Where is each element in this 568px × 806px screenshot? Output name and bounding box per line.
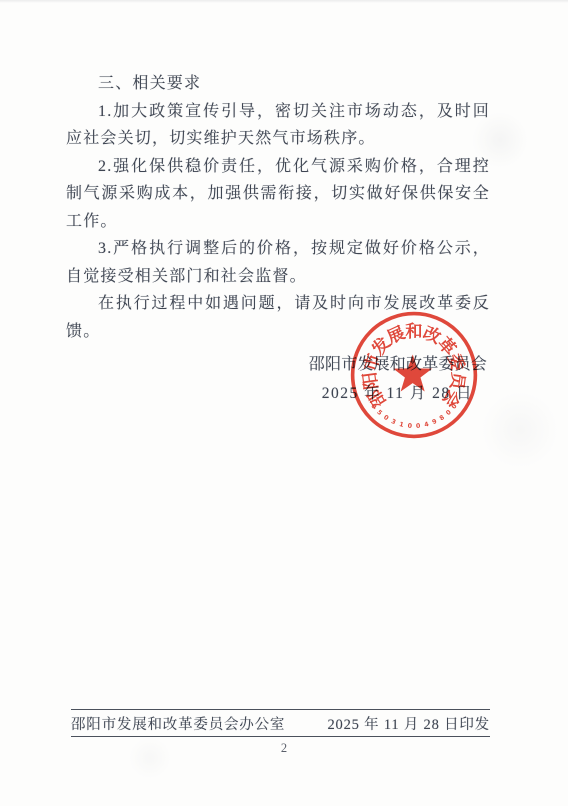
signature-date: 2025 年 11 月 28 日 xyxy=(322,381,473,403)
page-number: 2 xyxy=(0,741,568,756)
seal-serial-number: 050310049800 xyxy=(369,402,459,430)
footer-office: 邵阳市发展和改革委员会办公室 xyxy=(71,713,285,734)
svg-text:8: 8 xyxy=(438,414,445,422)
svg-text:0: 0 xyxy=(382,414,390,423)
svg-text:3: 3 xyxy=(390,418,397,426)
footer-bar: 邵阳市发展和改革委员会办公室 2025 年 11 月 28 日印发 xyxy=(71,709,490,737)
signature-organization: 邵阳市发展和改革委员会 xyxy=(309,351,487,374)
closing-line: 在执行过程中如遇问题，请及时向市发展改革委反馈。 xyxy=(66,290,490,345)
document-body: 三、相关要求 1.加大政策宣传引导，密切关注市场动态，及时回应社会关切，切实维护… xyxy=(66,70,490,345)
svg-text:0: 0 xyxy=(369,403,378,411)
paragraph-2: 2.强化保供稳价责任，优化气源采购价格，合理控制气源采购成本，加强供需衔接，切实… xyxy=(66,153,490,236)
svg-text:0: 0 xyxy=(450,402,459,410)
svg-text:0: 0 xyxy=(416,423,422,430)
section-heading: 三、相关要求 xyxy=(66,70,490,98)
svg-text:0: 0 xyxy=(407,423,413,430)
svg-text:5: 5 xyxy=(375,409,383,417)
svg-text:9: 9 xyxy=(431,418,438,426)
footer-print-date: 2025 年 11 月 28 日印发 xyxy=(328,713,491,734)
svg-text:4: 4 xyxy=(424,421,431,429)
svg-text:1: 1 xyxy=(398,421,404,429)
document-page: 三、相关要求 1.加大政策宣传引导，密切关注市场动态，及时回应社会关切，切实维护… xyxy=(0,0,568,806)
paragraph-1: 1.加大政策宣传引导，密切关注市场动态，及时回应社会关切，切实维护天然气市场秩序… xyxy=(66,98,490,153)
paragraph-3: 3.严格执行调整后的价格，按规定做好价格公示，自觉接受相关部门和社会监督。 xyxy=(66,235,490,290)
svg-text:0: 0 xyxy=(445,408,453,417)
